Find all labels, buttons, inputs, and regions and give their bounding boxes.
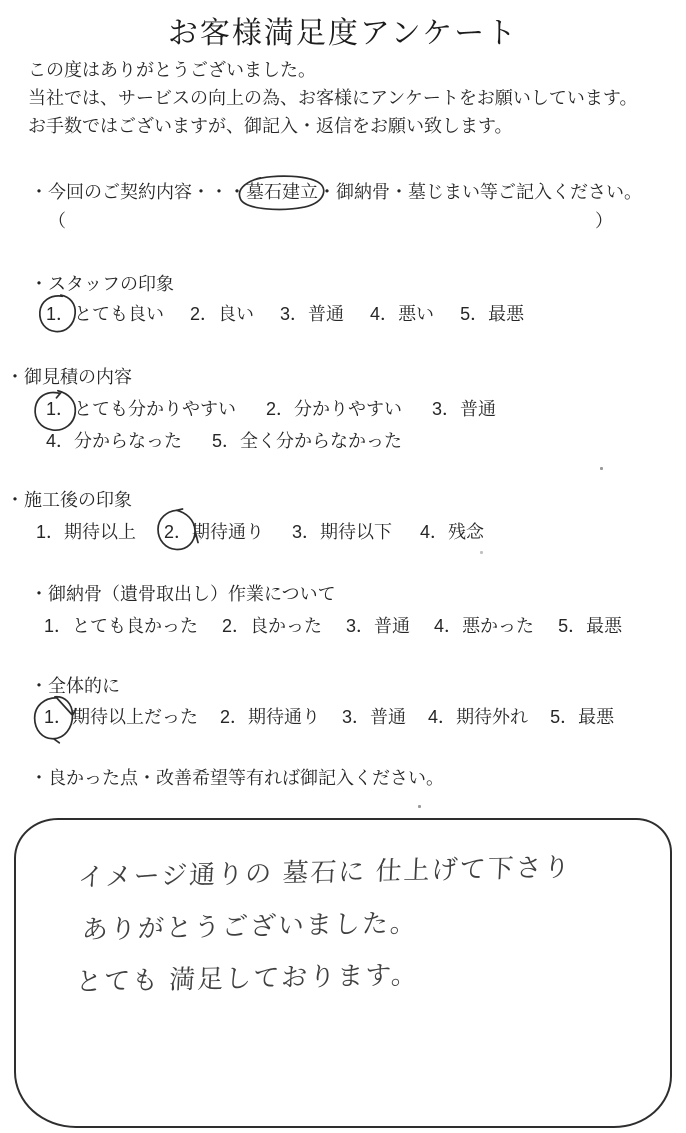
option-interment-4: 4．悪かった: [434, 612, 534, 638]
section-title-construction: ・施工後の印象: [6, 486, 132, 512]
section-title-interment: ・御納骨（遺骨取出し）作業について: [30, 580, 336, 606]
contract-question-suffix: ・御納骨・墓じまい等ご記入ください。: [318, 182, 642, 202]
option-interment-1: 1．とても良かった: [44, 612, 198, 638]
page-title: お客様満足度アンケート: [0, 8, 686, 52]
intro-line-1: この度はありがとうございました。: [28, 56, 316, 82]
option-construction-2: 2．期待通り: [164, 518, 264, 544]
option-overall-2: 2．期待通り: [220, 703, 320, 729]
handwritten-comment-line-3: とても 満足しております。: [75, 954, 420, 998]
contract-circled-option: 墓石建立: [246, 178, 318, 204]
section-title-comments: ・良かった点・改善希望等有れば御記入ください。: [30, 764, 444, 790]
staff-options: 1．とても良い 2．良い 3．普通 4．悪い 5．最悪: [46, 300, 524, 326]
option-staff-4: 4．悪い: [370, 300, 434, 326]
section-title-overall: ・全体的に: [30, 672, 120, 698]
option-staff-2: 2．良い: [190, 300, 254, 326]
handwritten-comment-line-2: ありがとうございました。: [81, 902, 419, 946]
option-construction-4: 4．残念: [420, 518, 484, 544]
estimate-options-row1: 1．とても分かりやすい 2．分かりやすい 3．普通: [46, 395, 496, 421]
option-interment-5: 5．最悪: [558, 612, 622, 638]
option-estimate-5: 5．全く分からなかった: [212, 427, 402, 453]
option-estimate-1: 1．とても分かりやすい: [46, 395, 236, 421]
survey-document: お客様満足度アンケート この度はありがとうございました。 当社では、サービスの向…: [0, 0, 686, 1133]
option-staff-1: 1．とても良い: [46, 300, 164, 326]
option-construction-3: 3．期待以下: [292, 518, 392, 544]
option-overall-5: 5．最悪: [550, 703, 614, 729]
construction-options: 1．期待以上 2．期待通り 3．期待以下 4．残念: [36, 518, 484, 544]
option-construction-1: 1．期待以上: [36, 518, 136, 544]
intro-line-3: お手数ではございますが、御記入・返信をお願い致します。: [28, 112, 513, 138]
option-staff-3: 3．普通: [280, 300, 344, 326]
contract-question: ・今回のご契約内容・・・墓石建立・御納骨・墓じまい等ご記入ください。: [30, 178, 642, 204]
paren-open: （: [48, 207, 66, 233]
option-staff-5: 5．最悪: [460, 300, 524, 326]
option-interment-3: 3．普通: [346, 612, 410, 638]
option-overall-1: 1．期待以上だった: [44, 703, 198, 729]
section-title-staff: ・スタッフの印象: [30, 270, 174, 296]
estimate-options-row2: 4．分からなった 5．全く分からなかった: [46, 427, 402, 453]
option-overall-3: 3．普通: [342, 703, 406, 729]
scan-speck: [480, 551, 483, 554]
contract-question-prefix: ・今回のご契約内容・・・: [30, 182, 246, 202]
scan-speck: [600, 467, 603, 470]
section-title-estimate: ・御見積の内容: [6, 363, 132, 389]
option-interment-2: 2．良かった: [222, 612, 322, 638]
option-estimate-4: 4．分からなった: [46, 427, 182, 453]
scan-speck: [418, 805, 421, 808]
selection-circle-contract: [237, 172, 327, 211]
interment-options: 1．とても良かった 2．良かった 3．普通 4．悪かった 5．最悪: [44, 612, 622, 638]
option-estimate-2: 2．分かりやすい: [266, 395, 402, 421]
option-overall-4: 4．期待外れ: [428, 703, 528, 729]
paren-close: ）: [595, 207, 613, 233]
option-estimate-3: 3．普通: [432, 395, 496, 421]
overall-options: 1．期待以上だった 2．期待通り 3．普通 4．期待外れ 5．最悪: [44, 703, 614, 729]
intro-line-2: 当社では、サービスの向上の為、お客様にアンケートをお願いしています。: [28, 84, 637, 110]
